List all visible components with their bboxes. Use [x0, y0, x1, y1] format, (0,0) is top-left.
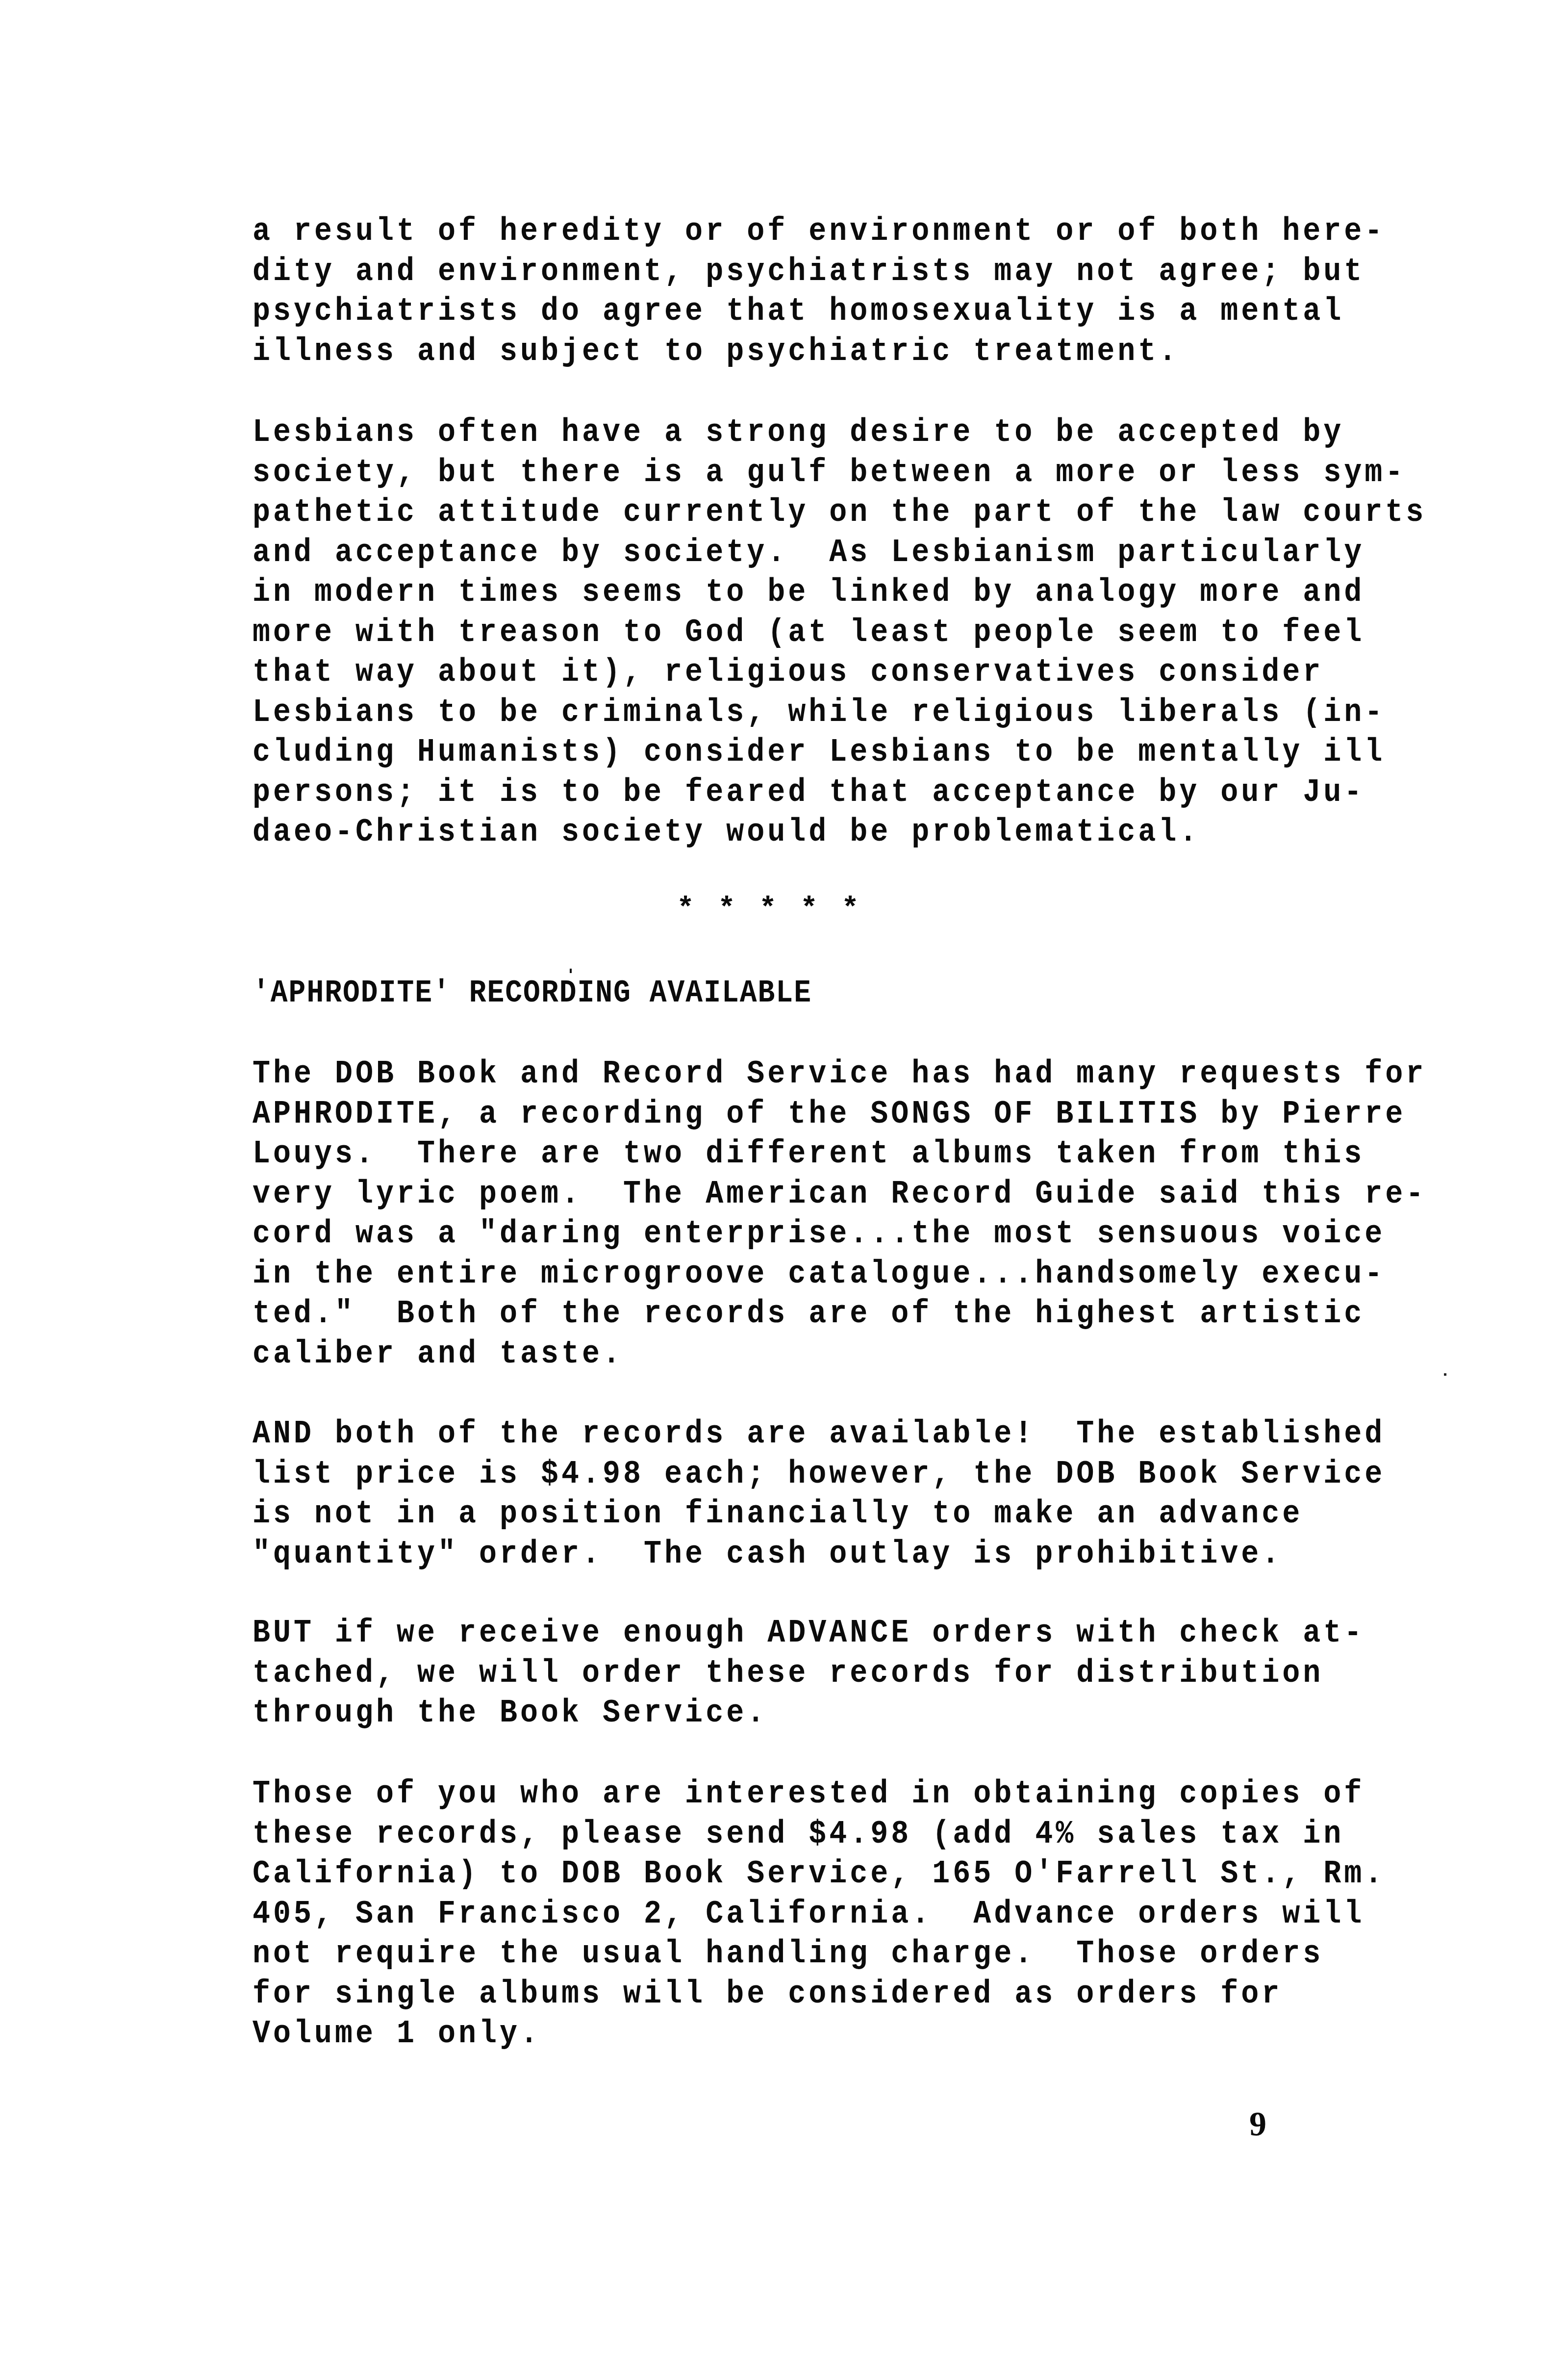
- text-line: California) to DOB Book Service, 165 O'F…: [253, 1852, 1351, 1897]
- text-line: and acceptance by society. As Lesbianism…: [253, 531, 1351, 575]
- text-line: ted." Both of the records are of the hig…: [253, 1292, 1351, 1336]
- text-line: Lesbians to be criminals, while religiou…: [253, 691, 1351, 735]
- paragraph-heredity: a result of heredity or of environment o…: [253, 212, 1351, 372]
- text-line: "quantity" order. The cash outlay is pro…: [253, 1532, 1351, 1577]
- text-line: 405, San Francisco 2, California. Advanc…: [253, 1892, 1351, 1937]
- text-line: pathetic attitude currently on the part …: [253, 490, 1351, 535]
- paragraph-acceptance: Lesbians often have a strong desire to b…: [253, 413, 1351, 853]
- text-line: caliber and taste.: [253, 1332, 1351, 1377]
- text-line: a result of heredity or of environment o…: [253, 209, 1351, 254]
- text-line: Lesbians often have a strong desire to b…: [253, 411, 1351, 455]
- section-heading: 'APHRODITE' RECORDING AVAILABLE: [253, 971, 812, 1016]
- section-separator: * * * * *: [677, 893, 862, 926]
- page-number: 9: [1249, 2105, 1266, 2144]
- ink-speck: [1444, 1373, 1446, 1376]
- document-page: a result of heredity or of environment o…: [0, 0, 1568, 2363]
- text-line: not require the usual handling charge. T…: [253, 1932, 1351, 1977]
- paragraph-ordering-instructions: Those of you who are interested in obtai…: [253, 1774, 1351, 2055]
- paragraph-availability: AND both of the records are available! T…: [253, 1414, 1351, 1574]
- text-line: psychiatrists do agree that homosexualit…: [253, 289, 1351, 334]
- text-line: list price is $4.98 each; however, the D…: [253, 1452, 1351, 1497]
- text-line: in modern times seems to be linked by an…: [253, 570, 1351, 615]
- text-line: Those of you who are interested in obtai…: [253, 1772, 1351, 1817]
- text-line: society, but there is a gulf between a m…: [253, 451, 1351, 495]
- text-line: through the Book Service.: [253, 1691, 1351, 1736]
- text-line: Louys. There are two different albums ta…: [253, 1132, 1351, 1177]
- text-line: AND both of the records are available! T…: [253, 1412, 1351, 1457]
- text-line: cord was a "daring enterprise...the most…: [253, 1212, 1351, 1257]
- text-line: BUT if we receive enough ADVANCE orders …: [253, 1611, 1351, 1656]
- text-line: daeo-Christian society would be problema…: [253, 810, 1351, 855]
- text-line: in the entire microgroove catalogue...ha…: [253, 1252, 1351, 1297]
- text-line: for single albums will be considered as …: [253, 1972, 1351, 2017]
- text-line: more with treason to God (at least peopl…: [253, 611, 1351, 655]
- text-line: that way about it), religious conservati…: [253, 650, 1351, 695]
- text-line: is not in a position financially to make…: [253, 1492, 1351, 1537]
- text-line: very lyric poem. The American Record Gui…: [253, 1172, 1351, 1217]
- text-line: The DOB Book and Record Service has had …: [253, 1052, 1351, 1097]
- text-line: APHRODITE, a recording of the SONGS OF B…: [253, 1092, 1351, 1137]
- text-line: persons; it is to be feared that accepta…: [253, 771, 1351, 815]
- text-line: these records, please send $4.98 (add 4%…: [253, 1812, 1351, 1857]
- text-line: Volume 1 only.: [253, 2012, 1351, 2056]
- text-line: dity and environment, psychiatrists may …: [253, 250, 1351, 294]
- text-line: illness and subject to psychiatric treat…: [253, 330, 1351, 374]
- text-line: cluding Humanists) consider Lesbians to …: [253, 730, 1351, 775]
- paragraph-advance-orders: BUT if we receive enough ADVANCE orders …: [253, 1614, 1351, 1734]
- text-line: tached, we will order these records for …: [253, 1651, 1351, 1696]
- paragraph-record-service: The DOB Book and Record Service has had …: [253, 1054, 1351, 1374]
